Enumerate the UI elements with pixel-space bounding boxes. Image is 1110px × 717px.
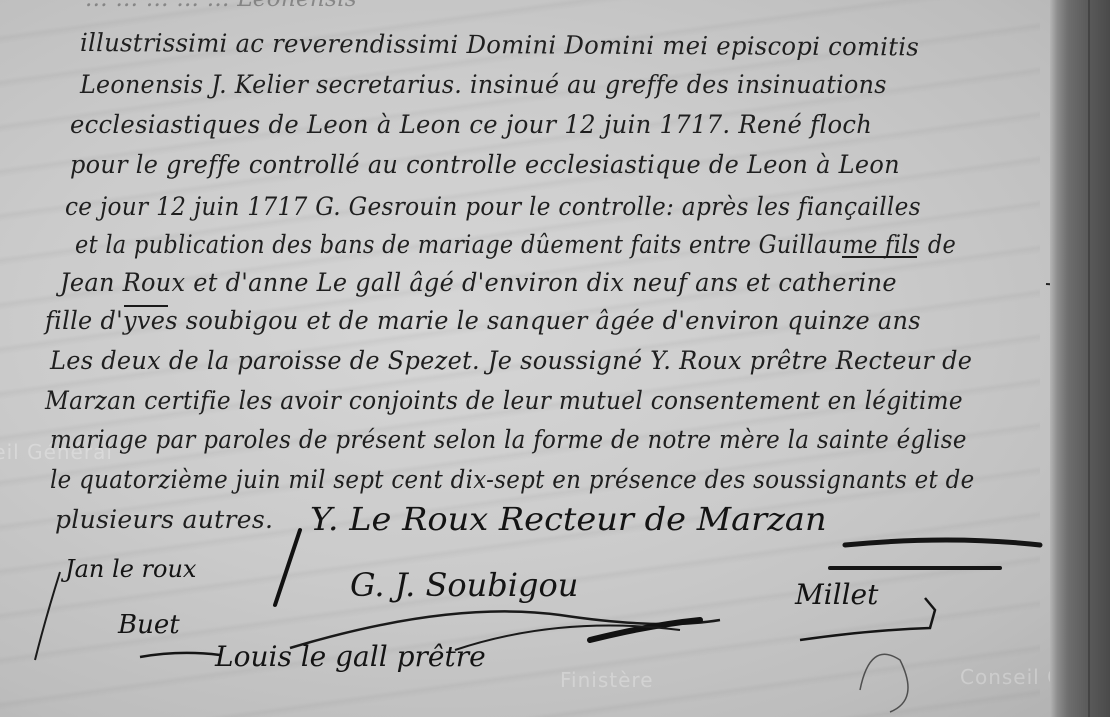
watermark-center: Finistère: [560, 668, 654, 692]
text-line-5: ce jour 12 juin 1717 G. Gesrouin pour le…: [65, 192, 921, 221]
text-line-9: Les deux de la paroisse de Spezet. Je so…: [50, 346, 972, 375]
text-line-6: et la publication des bans de mariage dû…: [75, 230, 956, 259]
underline-guillaume: [842, 256, 917, 258]
signature-soubigou: G. J. Soubigou: [350, 566, 578, 604]
text-line-4: pour le greffe controllé au controlle ec…: [70, 150, 900, 179]
text-line-11: mariage par paroles de présent selon la …: [50, 425, 967, 454]
signature-jan-le-roux: Jan le roux: [65, 555, 196, 583]
underline-roux: [124, 305, 168, 307]
signature-louis-le-gall: Louis le gall prêtre: [215, 640, 486, 673]
text-line-3: ecclesiastiques de Leon à Leon ce jour 1…: [70, 110, 872, 139]
book-binding-edge: [1050, 0, 1110, 717]
signature-millet: Millet: [795, 578, 878, 611]
text-line-1: illustrissimi ac reverendissimi Domini D…: [80, 28, 919, 61]
text-line-8: fille d'yves soubigou et de marie le san…: [45, 306, 921, 335]
text-line-10: Marzan certifie les avoir conjoints de l…: [45, 386, 963, 415]
text-line-13: plusieurs autres.: [55, 505, 273, 534]
signature-rector: Y. Le Roux Recteur de Marzan: [310, 500, 827, 538]
text-line-0: ... ... ... ... ... Leonensis: [85, 0, 357, 12]
binding-crease: [1088, 0, 1090, 717]
watermark-left: Conseil Général: [0, 440, 113, 464]
text-line-7: Jean Roux et d'anne Le gall âgé d'enviro…: [60, 268, 897, 297]
text-line-12: le quatorzième juin mil sept cent dix-se…: [50, 465, 974, 494]
register-page: ... ... ... ... ... Leonensis illustriss…: [0, 0, 1110, 717]
text-line-2: Leonensis J. Kelier secretarius. insinué…: [80, 70, 887, 99]
signature-buet: Buet: [118, 610, 180, 640]
